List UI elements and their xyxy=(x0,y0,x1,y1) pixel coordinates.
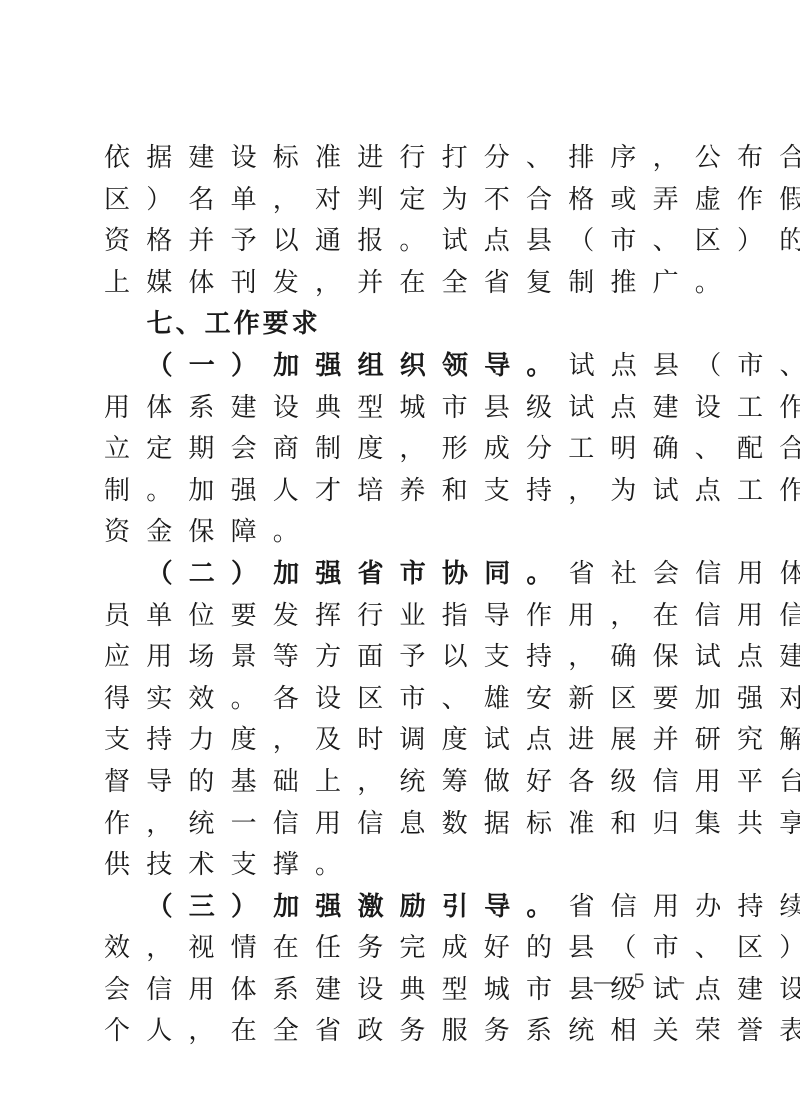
paragraph-lead: （一）加强组织领导。 xyxy=(147,351,569,381)
text-line: 上媒体刊发，并在全省复制推广。 xyxy=(104,263,702,305)
document-page: 依据建设标准进行打分、排序，公布合格的典型试点县（市、 区）名单，对判定为不合格… xyxy=(104,138,702,1053)
text-line: 资金保障。 xyxy=(104,512,702,554)
text-line: 区）名单，对判定为不合格或弄虚作假的县（市、区）取消试点 xyxy=(104,180,702,222)
text-line: 个人，在全省政务服务系统相关荣誉表彰活动中优先推荐。 xyxy=(104,1011,702,1053)
text-line: 立定期会商制度，形成分工明确、配合有力、运行高效的工作机 xyxy=(104,429,702,471)
text-line: 供技术支撑。 xyxy=(104,845,702,887)
text-line: 制。加强人才培养和支持，为试点工作提供充足的技术、人员和 xyxy=(104,471,702,513)
paragraph-first-line: （一）加强组织领导。试点县（市、区）要高度重视社会信 xyxy=(104,346,702,388)
text-line: 效，视情在任务完成好的县（市、区）组织现场观摩活动。对社 xyxy=(104,928,702,970)
text-line: 作，统一信用信息数据标准和归集共享应用规则，为试点建设提 xyxy=(104,804,702,846)
text-line: 用体系建设典型城市县级试点建设工作，成立工作领导小组，建 xyxy=(104,388,702,430)
text-line: 支持力度，及时调度试点进展并研究解决问题。省信用办在指导 xyxy=(104,720,702,762)
text-line: 督导的基础上，统筹做好各级信用平台衔接互通和有效使用工 xyxy=(104,762,702,804)
page-number: — 5 — xyxy=(594,968,690,994)
paragraph-first-line: （二）加强省市协同。省社会信用体系建设领导小组有关成 xyxy=(104,554,702,596)
paragraph-first-line: （三）加强激励引导。省信用办持续对试点工作进行跟踪问 xyxy=(104,887,702,929)
text-line: 应用场景等方面予以支持，确保试点建设各项工作依法合规、取 xyxy=(104,637,702,679)
text-line: 得实效。各设区市、雄安新区要加强对试点县（市、区）的指导 xyxy=(104,679,702,721)
section-heading: 七、工作要求 xyxy=(104,304,702,346)
paragraph-text: 省社会信用体系建设领导小组有关成 xyxy=(569,559,800,589)
text-line: 依据建设标准进行打分、排序，公布合格的典型试点县（市、 xyxy=(104,138,702,180)
paragraph-text: 省信用办持续对试点工作进行跟踪问 xyxy=(569,892,800,922)
paragraph-lead: （二）加强省市协同。 xyxy=(147,559,569,589)
text-line: 员单位要发挥行业指导作用，在信用信息共享、创新“信用＋” xyxy=(104,596,702,638)
paragraph-lead: （三）加强激励引导。 xyxy=(147,892,569,922)
paragraph-text: 试点县（市、区）要高度重视社会信 xyxy=(569,351,800,381)
text-line: 资格并予以通报。试点县（市、区）的先进经验择优在省级及以 xyxy=(104,221,702,263)
